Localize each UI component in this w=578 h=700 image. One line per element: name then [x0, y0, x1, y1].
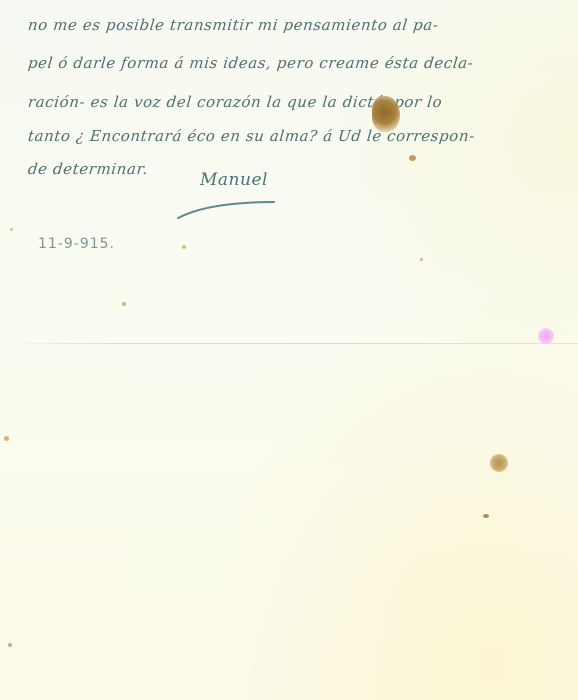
letter-date: 11-9-915.: [38, 236, 115, 252]
large-ink-stain: [372, 96, 400, 132]
signature-underline: [176, 198, 276, 220]
letter-line-5: de determinar.: [27, 160, 149, 178]
tiny-stain-left-3: [8, 643, 12, 647]
brown-stain-right: [490, 454, 508, 472]
small-stain: [409, 155, 416, 161]
letter-line-1: no me es posible transmitir mi pensamien…: [27, 16, 440, 34]
tiny-stain-right: [483, 514, 489, 518]
letter-line-4: tanto ¿ Encontrará éco en su alma? á Ud …: [27, 127, 476, 145]
tiny-stain-top: [182, 245, 186, 249]
letter-line-2: pel ó darle forma á mis ideas, pero crea…: [27, 54, 474, 72]
tiny-stain-left-2: [4, 436, 9, 441]
signature: Manuel: [200, 170, 268, 190]
tiny-stain-left-1: [122, 302, 126, 306]
paper-fold-line: [0, 343, 578, 344]
tiny-stain-edge: [10, 228, 13, 231]
tiny-stain-mid: [420, 258, 423, 261]
pink-stain: [538, 328, 554, 344]
